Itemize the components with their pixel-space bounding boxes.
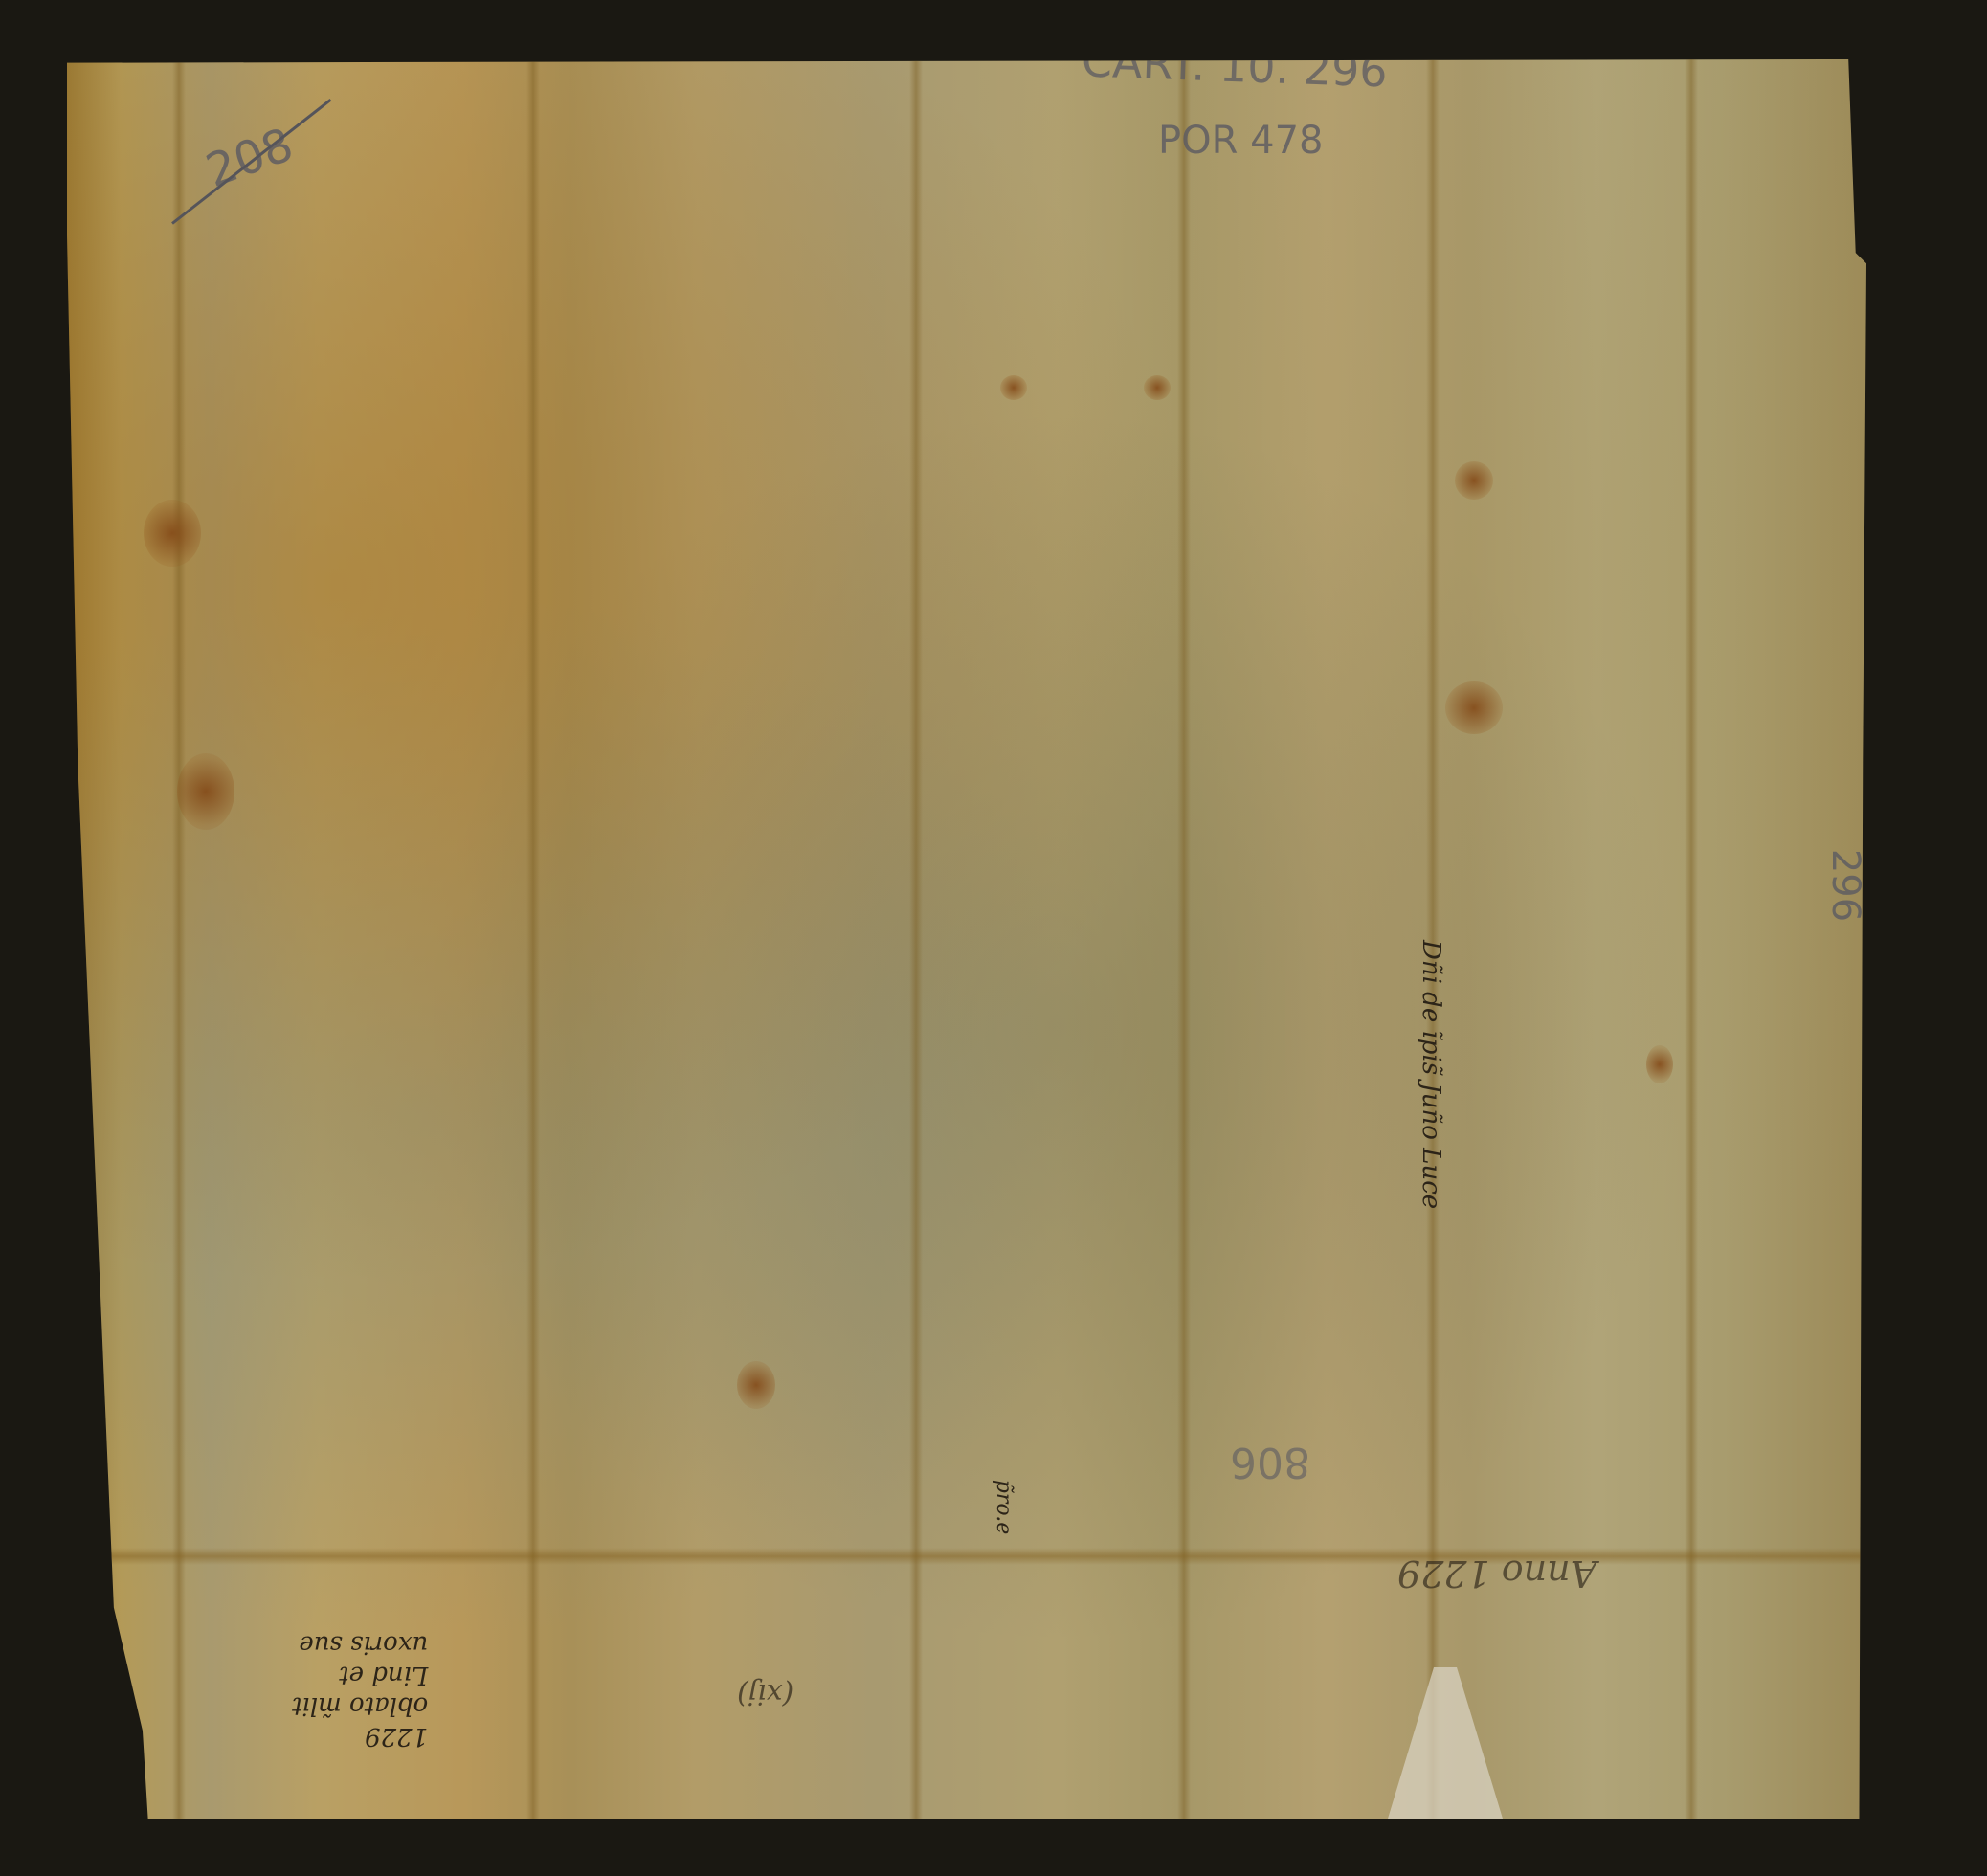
paper-tear: [1388, 1667, 1503, 1819]
pencil-stroke: [171, 99, 331, 225]
note-line: 1229: [292, 1721, 428, 1752]
stain: [144, 500, 201, 567]
stain: [1000, 375, 1027, 400]
note-line: uxoris sue: [292, 1629, 428, 1660]
stain: [1646, 1045, 1673, 1083]
stain: [737, 1361, 775, 1409]
parchment-document: CART. 10. 296 POR 478 208 296 806 Dñi de…: [67, 59, 1866, 1819]
stain: [1144, 375, 1171, 400]
small-ink-note: p̃ro.e: [992, 1480, 1016, 1534]
por-number-annotation: POR 478: [1158, 119, 1323, 163]
vertical-ink-note: Dñi de ĩpis̃ Juño Luce: [1417, 940, 1445, 1209]
note-line: oblato m̃lit: [292, 1690, 428, 1721]
stain: [1445, 681, 1503, 734]
stain: [177, 753, 234, 830]
bottom-left-ink-note: 1229 oblato m̃lit Lind et uxoris sue: [292, 1629, 428, 1752]
stain: [1455, 461, 1493, 500]
pencil-number-806: 806: [1230, 1438, 1310, 1486]
shelfmark-annotation: CART. 10. 296: [1081, 34, 1388, 97]
note-line: Lind et: [292, 1660, 428, 1690]
bottom-center-ink-note: (xij): [737, 1677, 793, 1710]
anno-date-note: Anno 1229: [1397, 1552, 1596, 1595]
pencil-number-296: 296: [1823, 849, 1867, 922]
pencil-number-208: 208: [199, 118, 300, 198]
